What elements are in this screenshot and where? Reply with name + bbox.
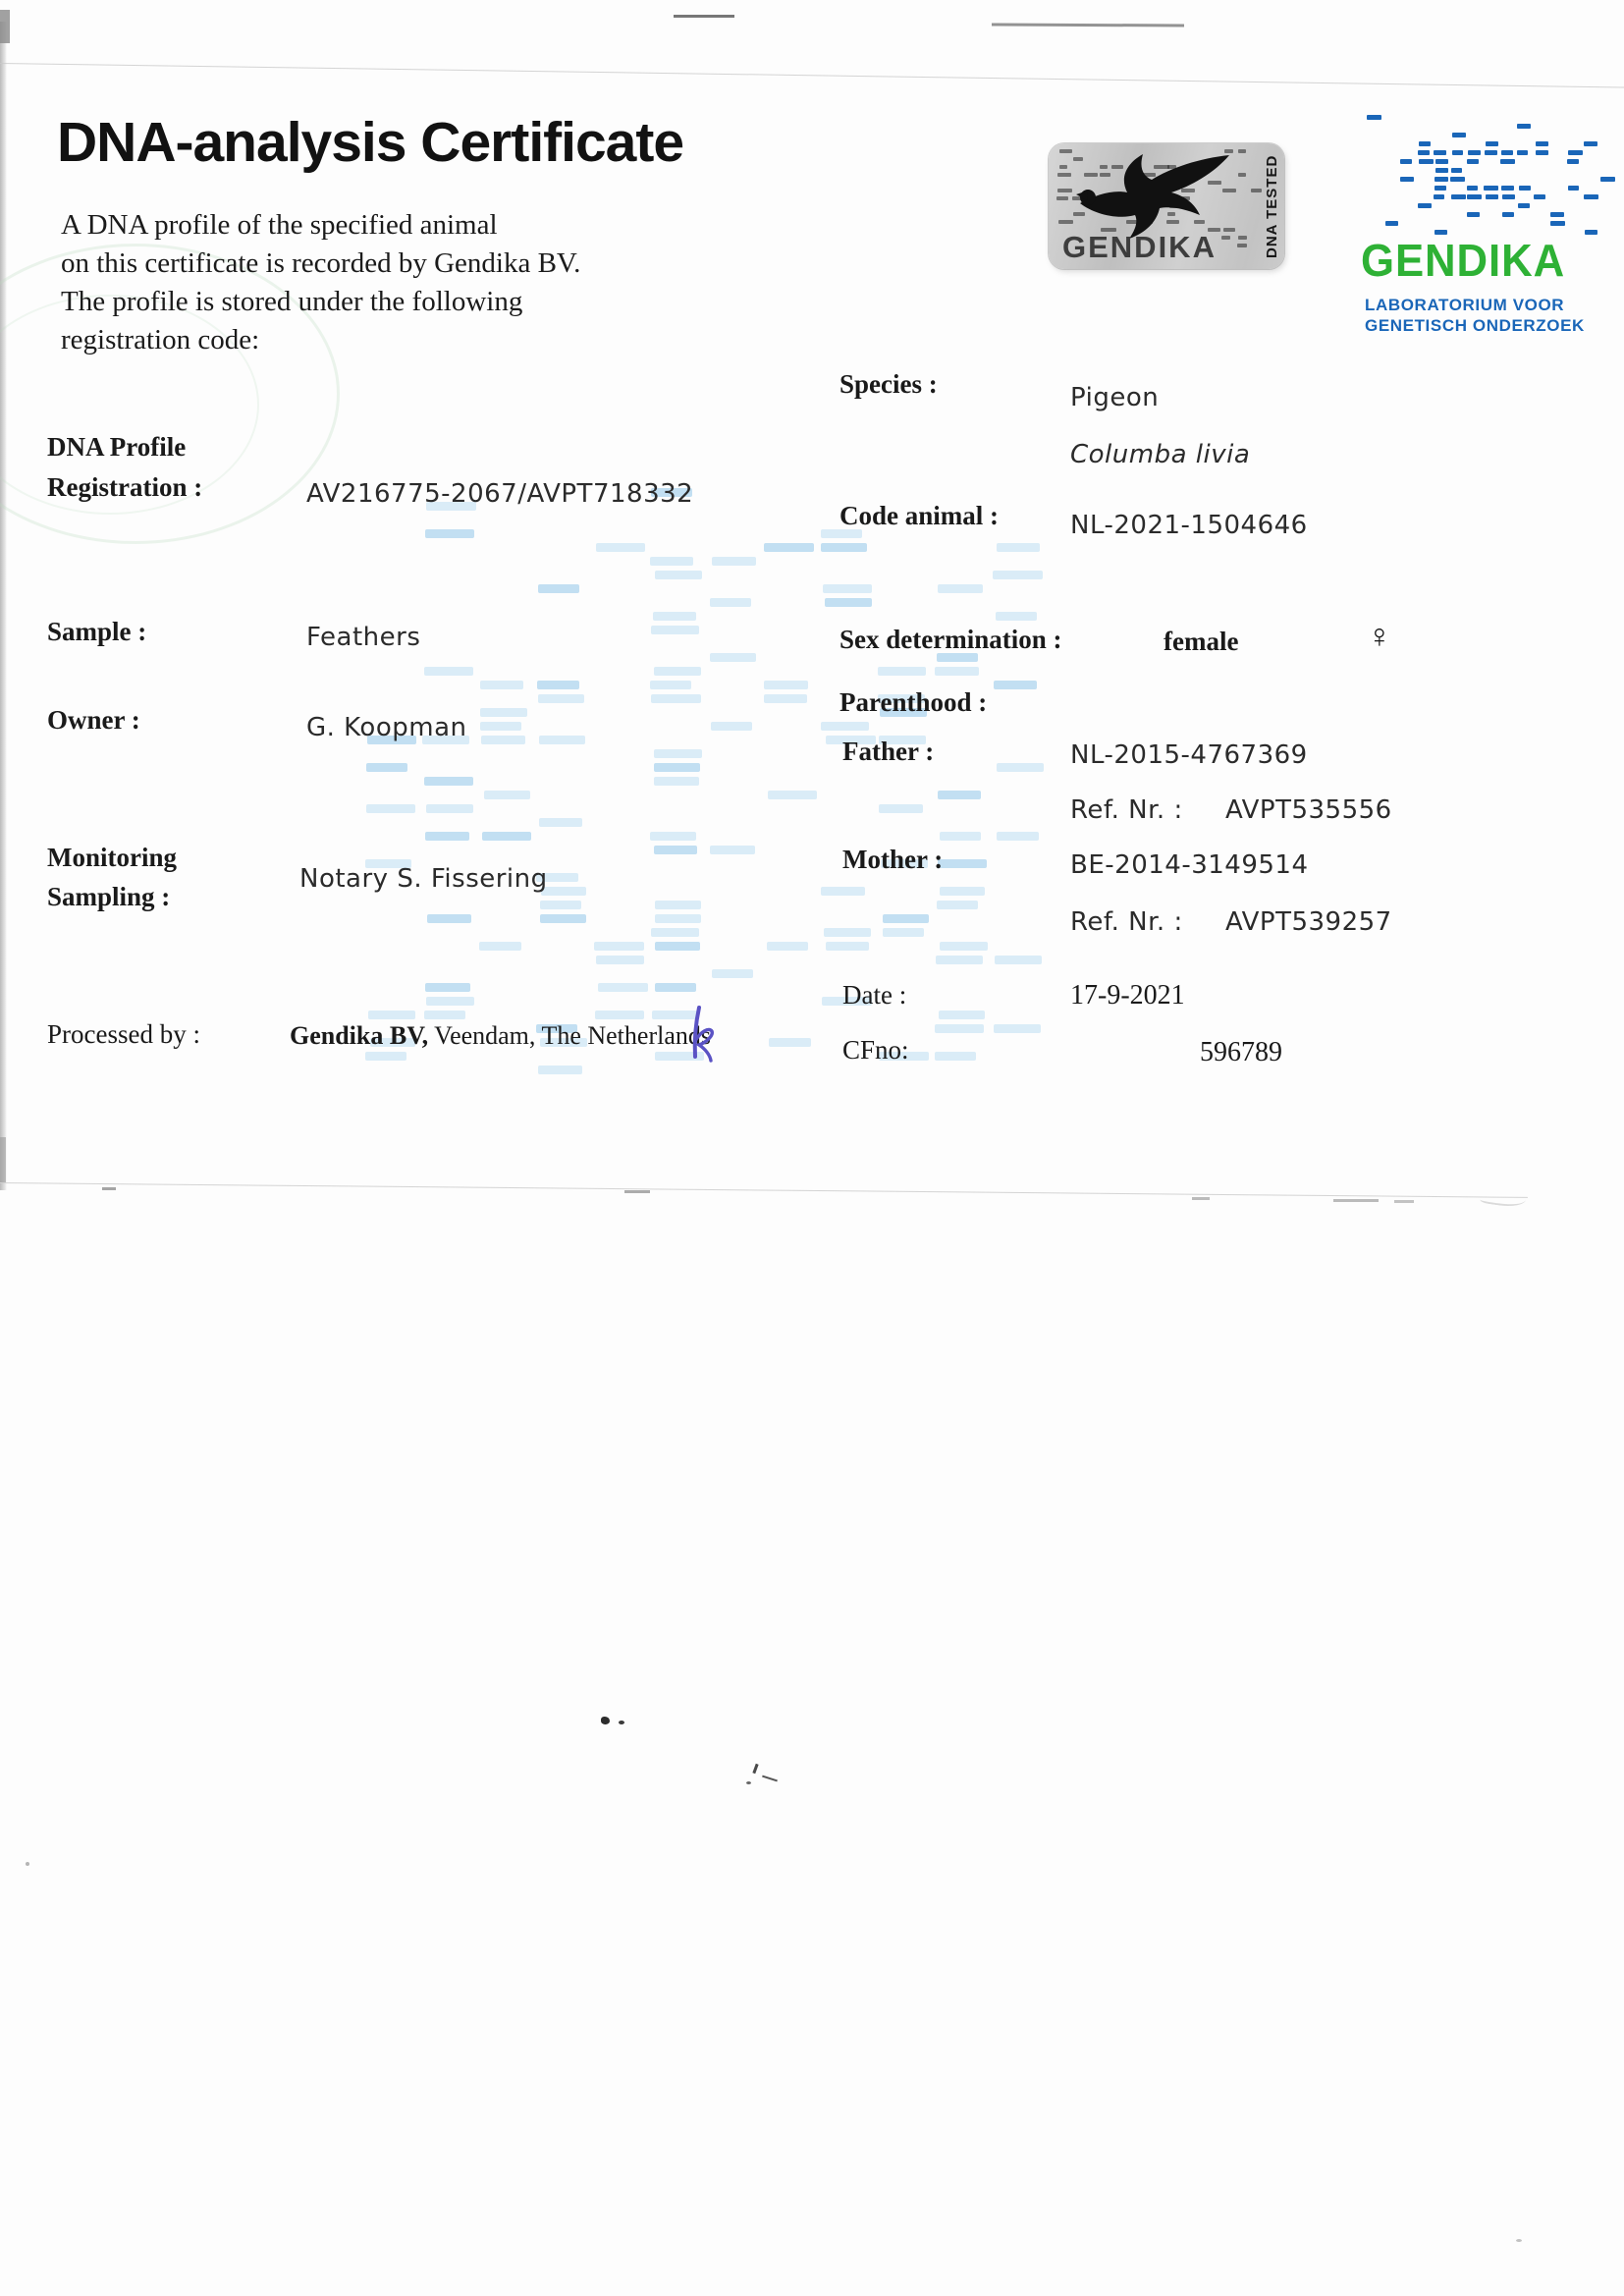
logo-gel-band (1452, 150, 1463, 155)
watermark-band (996, 612, 1037, 621)
watermark-band (938, 584, 983, 593)
intro-line: registration code: (61, 321, 580, 359)
logo-gel-band (1485, 150, 1497, 155)
logo-gel-band (1452, 133, 1466, 137)
processed-by-company: Gendika BV, (290, 1021, 428, 1050)
logo-gel-band (1434, 194, 1444, 199)
logo-gel-band (1517, 150, 1528, 155)
scan-top-dash (992, 23, 1184, 27)
watermark-band (712, 557, 756, 566)
watermark-band (365, 1052, 406, 1061)
watermark-band (767, 942, 808, 951)
watermark-band (366, 804, 415, 813)
scan-bottom-dash (1333, 1199, 1379, 1202)
watermark-band (821, 887, 865, 896)
father-ref-value: AVPT535556 (1225, 795, 1392, 825)
mother-ref-value: AVPT539257 (1225, 907, 1392, 937)
watermark-band (368, 1011, 415, 1019)
watermark-band (424, 777, 473, 786)
watermark-band (596, 543, 645, 552)
monitoring-sampling-value: Notary S. Fissering (299, 864, 548, 894)
logo-gel-band (1550, 221, 1565, 226)
scan-top-dash (674, 15, 734, 18)
processed-by-value: Gendika BV, Veendam, The Netherlands (290, 1021, 711, 1051)
watermark-band (480, 722, 521, 731)
watermark-band (538, 1066, 582, 1074)
scan-bottom-paper-edge (0, 1182, 1528, 1198)
logo-gel-band (1584, 141, 1597, 146)
scan-corner-mark (0, 10, 10, 43)
watermark-band (596, 956, 644, 964)
dna-profile-registration-value: AV216775-2067/AVPT718332 (306, 479, 693, 509)
field-label-species: Species : (839, 369, 938, 400)
watermark-band (826, 942, 869, 951)
hologram-noise-band (1057, 173, 1071, 177)
watermark-band (655, 914, 701, 923)
watermark-band (821, 722, 869, 731)
watermark-band (935, 1052, 976, 1061)
field-label-monitoring-sampling: Monitoring Sampling : (47, 843, 177, 912)
hologram-brand-text: GENDIKA (1062, 230, 1217, 265)
watermark-band (595, 1011, 644, 1019)
logo-gel-band (1502, 194, 1515, 199)
mother-value: BE-2014-3149514 (1070, 850, 1309, 880)
gendika-logo-subtitle: LABORATORIUM VOOR GENETISCH ONDERZOEK (1365, 295, 1585, 336)
dust-speck (601, 1717, 610, 1724)
watermark-band (825, 598, 872, 607)
watermark-band (482, 832, 531, 841)
watermark-band (650, 557, 693, 566)
hologram-noise-band (1237, 244, 1247, 247)
scan-top-paper-edge (0, 63, 1624, 88)
scan-bottom-dash (624, 1190, 650, 1193)
watermark-band (425, 983, 470, 992)
pigeon-silhouette-icon (1074, 149, 1246, 240)
logo-gel-band (1585, 230, 1597, 235)
scan-left-edge-mark (0, 1137, 6, 1182)
watermark-band (710, 598, 751, 607)
watermark-band (424, 667, 473, 676)
female-symbol-icon: ♀ (1367, 619, 1392, 656)
watermark-band (935, 1024, 984, 1033)
watermark-band (598, 983, 648, 992)
hologram-noise-band (1251, 189, 1262, 192)
watermark-band (936, 956, 983, 964)
watermark-band (650, 832, 696, 841)
watermark-band (654, 777, 699, 786)
watermark-band (879, 804, 923, 813)
logo-gel-band (1467, 212, 1480, 217)
watermark-band (883, 914, 929, 923)
watermark-band (480, 681, 523, 689)
watermark-band (994, 1024, 1041, 1033)
watermark-band (538, 694, 584, 703)
watermark-band (366, 763, 407, 772)
handwritten-initial (685, 1004, 719, 1065)
watermark-band (537, 681, 579, 689)
watermark-band (821, 543, 867, 552)
watermark-band (540, 901, 581, 909)
watermark-band (710, 846, 755, 854)
watermark-band (997, 543, 1040, 552)
watermark-band (937, 901, 978, 909)
logo-gel-band (1501, 186, 1514, 191)
logo-gel-band (1536, 150, 1548, 155)
logo-gel-band (1467, 186, 1478, 191)
watermark-band (935, 667, 979, 676)
logo-gel-band (1486, 194, 1498, 199)
logo-gel-band (1467, 194, 1482, 199)
label-line: Registration : (47, 472, 202, 503)
hologram-noise-band (1056, 196, 1068, 200)
watermark-band (426, 997, 474, 1006)
watermark-band (939, 1011, 985, 1019)
field-label-cfno: CFno: (842, 1035, 909, 1066)
logo-gel-band (1486, 141, 1498, 146)
father-ref-label: Ref. Nr. : (1070, 795, 1183, 825)
watermark-band (655, 901, 701, 909)
field-label-dna-profile: DNA Profile Registration : (47, 432, 202, 503)
mother-ref-label: Ref. Nr. : (1070, 907, 1183, 937)
dust-speck (762, 1776, 778, 1782)
watermark-band (994, 681, 1037, 689)
gendika-logo-brand: GENDIKA (1361, 234, 1565, 287)
watermark-band (764, 543, 814, 552)
logo-gel-band (1568, 186, 1579, 191)
watermark-band (768, 791, 817, 799)
watermark-band (995, 956, 1042, 964)
father-value: NL-2015-4767369 (1070, 740, 1308, 770)
hologram-noise-band (1058, 220, 1073, 224)
logo-gel-band (1367, 115, 1381, 120)
code-animal-value: NL-2021-1504646 (1070, 511, 1308, 540)
logo-gel-band (1385, 221, 1398, 226)
watermark-band (997, 763, 1044, 772)
watermark-band (539, 818, 582, 827)
watermark-band (878, 667, 926, 676)
field-label-parenthood: Parenthood : (839, 687, 987, 718)
watermark-band (824, 928, 871, 937)
dust-speck (26, 1862, 29, 1866)
watermark-band (538, 584, 579, 593)
logo-gel-band (1450, 177, 1465, 182)
watermark-band (541, 887, 586, 896)
watermark-band (427, 914, 471, 923)
logo-gel-band (1435, 186, 1446, 191)
sample-value: Feathers (306, 623, 420, 652)
logo-gel-band (1584, 194, 1598, 199)
logo-gel-band (1418, 203, 1432, 208)
processed-by-location: Veendam, The Netherlands (428, 1021, 711, 1050)
intro-line: The profile is stored under the followin… (61, 283, 580, 321)
watermark-band (539, 736, 585, 744)
field-label-processed-by: Processed by : (47, 1019, 200, 1050)
label-line: Sampling : (47, 882, 177, 912)
field-label-code-animal: Code animal : (839, 501, 999, 531)
watermark-band (655, 942, 700, 951)
watermark-band (940, 942, 988, 951)
watermark-band (655, 983, 696, 992)
hologram-dna-tested-text: DNA TESTED (1264, 153, 1280, 259)
watermark-band (479, 942, 521, 951)
logo-gel-band (1451, 194, 1466, 199)
logo-gel-band (1418, 150, 1430, 155)
dust-speck (619, 1721, 624, 1724)
watermark-band (481, 736, 525, 744)
hologram-noise-band (1057, 189, 1072, 192)
watermark-band (426, 804, 473, 813)
logo-gel-band (1502, 212, 1514, 217)
watermark-band (764, 681, 808, 689)
logo-subtitle-line: LABORATORIUM VOOR (1365, 295, 1585, 315)
hologram-noise-band (1059, 149, 1072, 153)
watermark-band (764, 694, 807, 703)
logo-gel-band (1536, 141, 1548, 146)
watermark-band (997, 832, 1039, 841)
watermark-band (651, 928, 699, 937)
watermark-band (655, 571, 702, 579)
watermark-band (651, 694, 701, 703)
cfno-value: 596789 (1200, 1037, 1282, 1068)
logo-gel-band (1484, 186, 1498, 191)
label-line: DNA Profile (47, 432, 202, 463)
watermark-band (769, 1038, 811, 1047)
intro-line: A DNA profile of the specified animal (61, 206, 580, 245)
watermark-band (883, 928, 924, 937)
watermark-band (993, 571, 1043, 579)
logo-gel-band (1435, 177, 1448, 182)
watermark-band (940, 887, 985, 896)
scan-bottom-dash (102, 1187, 116, 1190)
logo-gel-band (1501, 150, 1513, 155)
field-label-sex-determination: Sex determination : (839, 625, 1061, 655)
logo-gel-band (1568, 150, 1583, 155)
dust-speck (752, 1764, 758, 1774)
field-label-sample: Sample : (47, 617, 146, 647)
watermark-band (653, 612, 696, 621)
logo-subtitle-line: GENETISCH ONDERZOEK (1365, 315, 1585, 336)
field-label-date: Date : (842, 980, 906, 1011)
watermark-band (424, 1011, 465, 1019)
watermark-band (712, 969, 753, 978)
logo-gel-band (1519, 186, 1531, 191)
field-label-owner: Owner : (47, 705, 140, 736)
watermark-band (654, 667, 701, 676)
field-label-father: Father : (842, 737, 934, 767)
watermark-band (650, 681, 691, 689)
watermark-band (651, 626, 699, 634)
owner-value: G. Koopman (306, 713, 467, 742)
watermark-band (654, 749, 702, 758)
field-label-mother: Mother : (842, 845, 943, 875)
watermark-band (938, 859, 987, 868)
watermark-band (540, 914, 586, 923)
sex-value: female (1164, 627, 1238, 657)
hologram-sticker: GENDIKA DNA TESTED (1049, 143, 1284, 269)
watermark-band (654, 846, 697, 854)
scan-left-edge (0, 22, 7, 1190)
logo-gel-band (1600, 177, 1615, 182)
logo-gel-band (1434, 150, 1446, 155)
watermark-band (480, 708, 527, 717)
scan-bottom-dash (1192, 1197, 1210, 1200)
hologram-noise-band (1059, 165, 1067, 169)
intro-line: on this certificate is recorded by Gendi… (61, 245, 580, 283)
logo-gel-band (1435, 159, 1448, 164)
logo-gel-band (1419, 159, 1434, 164)
gendika-logo-gel-pattern (1365, 114, 1612, 234)
date-value: 17-9-2021 (1070, 980, 1185, 1011)
watermark-band (938, 791, 981, 799)
species-latin-name: Columba livia (1070, 440, 1250, 469)
logo-gel-band (1419, 141, 1431, 146)
logo-gel-band (1500, 159, 1515, 164)
logo-gel-band (1467, 159, 1479, 164)
certificate-title: DNA-analysis Certificate (57, 110, 683, 175)
watermark-band (425, 529, 474, 538)
logo-gel-band (1518, 203, 1530, 208)
scan-bottom-paper-corner (1480, 1187, 1527, 1209)
watermark-band (425, 832, 469, 841)
label-line: Monitoring (47, 843, 177, 873)
watermark-band (710, 653, 756, 662)
watermark-band (940, 832, 981, 841)
logo-gel-band (1550, 212, 1564, 217)
watermark-band (484, 791, 530, 799)
watermark-band (823, 584, 872, 593)
logo-gel-band (1451, 168, 1462, 173)
watermark-band (654, 763, 700, 772)
logo-gel-band (1517, 124, 1531, 129)
logo-gel-band (1435, 168, 1448, 173)
logo-gel-band (1468, 150, 1481, 155)
intro-paragraph: A DNA profile of the specified animal on… (61, 206, 580, 359)
scan-bottom-dash (1394, 1200, 1414, 1203)
dust-speck (746, 1781, 751, 1784)
dust-speck (1516, 2239, 1522, 2242)
logo-gel-band (1567, 159, 1579, 164)
watermark-band (594, 942, 644, 951)
logo-gel-band (1400, 177, 1414, 182)
logo-gel-band (1534, 194, 1545, 199)
watermark-band (711, 722, 752, 731)
species-value: Pigeon (1070, 383, 1159, 412)
logo-gel-band (1400, 159, 1412, 164)
